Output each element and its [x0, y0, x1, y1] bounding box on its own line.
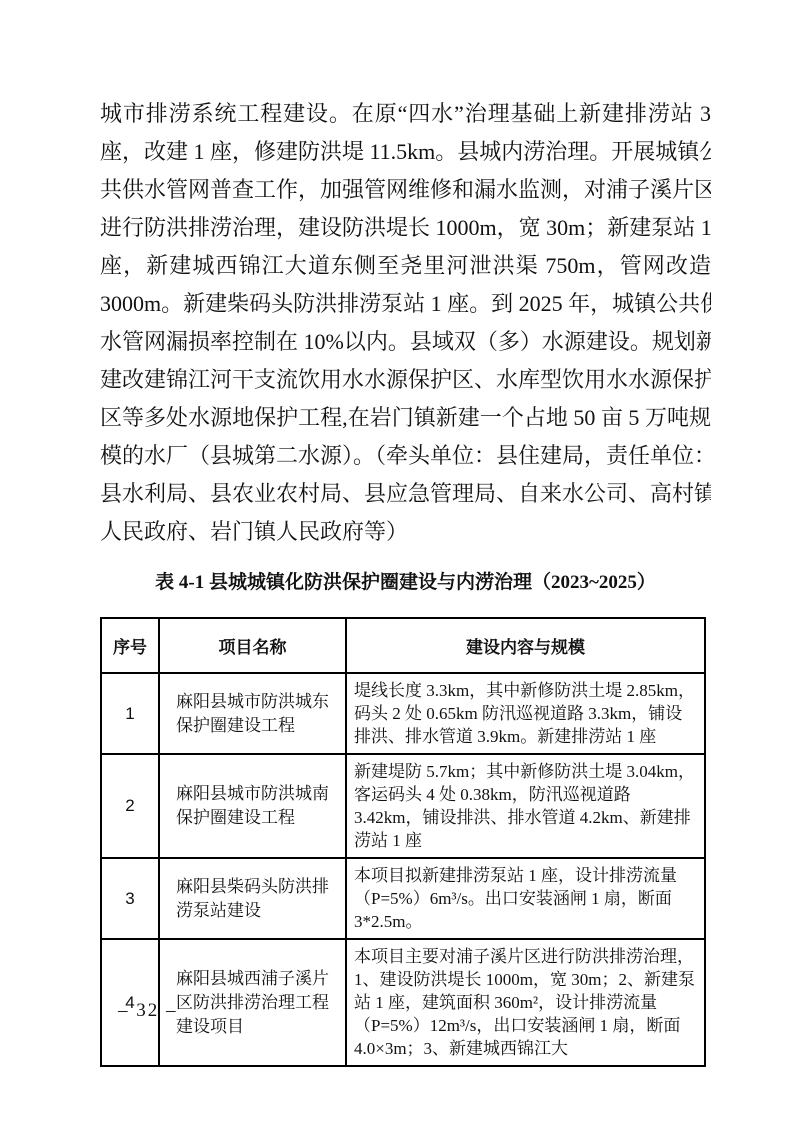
row-number: 2 [101, 754, 159, 858]
table-row: 4 麻阳县城西浦子溪片区防洪排涝治理工程建设项目 本项目主要对浦子溪片区进行防洪… [101, 939, 705, 1066]
paragraph-line: 县水利局、县农业农村局、县应急管理局、自来水公司、高村镇 [100, 475, 711, 513]
paragraph-line: 人民政府、岩门镇人民政府等） [100, 513, 711, 551]
project-content: 本项目主要对浦子溪片区进行防洪排涝治理，1、建设防洪堤长 1000m，宽 30m… [346, 939, 705, 1066]
paragraph-line: 水管网漏损率控制在 10%以内。县域双（多）水源建设。规划新 [100, 323, 711, 361]
table-header-row: 序号 项目名称 建设内容与规模 [101, 618, 705, 673]
project-name: 麻阳县城市防洪城南保护圈建设工程 [159, 754, 346, 858]
table-caption: 表 4-1 县城城镇化防洪保护圈建设与内涝治理（2023~2025） [100, 568, 711, 598]
project-name: 麻阳县城西浦子溪片区防洪排涝治理工程建设项目 [159, 939, 346, 1066]
paragraph-line: 城市排涝系统工程建设。在原“四水”治理基础上新建排涝站 3 [100, 95, 711, 133]
paragraph-line: 座，改建 1 座，修建防洪堤 11.5km。县城内涝治理。开展城镇公 [100, 133, 711, 171]
table-row: 2 麻阳县城市防洪城南保护圈建设工程 新建堤防 5.7km；其中新修防洪土堤 3… [101, 754, 705, 858]
paragraph-line: 共供水管网普查工作，加强管网维修和漏水监测，对浦子溪片区 [100, 171, 711, 209]
projects-table: 序号 项目名称 建设内容与规模 1 麻阳县城市防洪城东保护圈建设工程 堤线长度 … [100, 617, 706, 1067]
table-row: 1 麻阳县城市防洪城东保护圈建设工程 堤线长度 3.3km，其中新修防洪土堤 2… [101, 673, 705, 754]
paragraph-line: 3000m。新建柴码头防洪排涝泵站 1 座。到 2025 年，城镇公共供 [100, 285, 711, 323]
table-row: 3 麻阳县柴码头防洪排涝泵站建设 本项目拟新建排涝泵站 1 座，设计排涝流量（P… [101, 858, 705, 939]
project-name: 麻阳县柴码头防洪排涝泵站建设 [159, 858, 346, 939]
project-content: 本项目拟新建排涝泵站 1 座，设计排涝流量（P=5%）6m³/s。出口安装涵闸 … [346, 858, 705, 939]
row-number: 3 [101, 858, 159, 939]
project-content: 新建堤防 5.7km；其中新修防洪土堤 3.04km，客运码头 4 处 0.38… [346, 754, 705, 858]
paragraph-line: 座，新建城西锦江大道东侧至尧里河泄洪渠 750m，管网改造 [100, 247, 711, 285]
paragraph-line: 进行防洪排涝治理，建设防洪堤长 1000m，宽 30m；新建泵站 1 [100, 209, 711, 247]
header-cell-content-scale: 建设内容与规模 [346, 618, 705, 673]
header-cell-number: 序号 [101, 618, 159, 673]
project-content: 堤线长度 3.3km，其中新修防洪土堤 2.85km，码头 2 处 0.65km… [346, 673, 705, 754]
page-number: – 32 – [118, 1000, 178, 1022]
project-name: 麻阳县城市防洪城东保护圈建设工程 [159, 673, 346, 754]
body-paragraph: 城市排涝系统工程建设。在原“四水”治理基础上新建排涝站 3 座，改建 1 座，修… [100, 95, 711, 551]
paragraph-line: 模的水厂（县城第二水源）。（牵头单位：县住建局，责任单位： [100, 437, 711, 475]
row-number: 1 [101, 673, 159, 754]
paragraph-line: 建改建锦江河干支流饮用水水源保护区、水库型饮用水水源保护 [100, 361, 711, 399]
document-page: 城市排涝系统工程建设。在原“四水”治理基础上新建排涝站 3 座，改建 1 座，修… [0, 0, 793, 1122]
paragraph-line: 区等多处水源地保护工程,在岩门镇新建一个占地 50 亩 5 万吨规 [100, 399, 711, 437]
header-cell-project-name: 项目名称 [159, 618, 346, 673]
